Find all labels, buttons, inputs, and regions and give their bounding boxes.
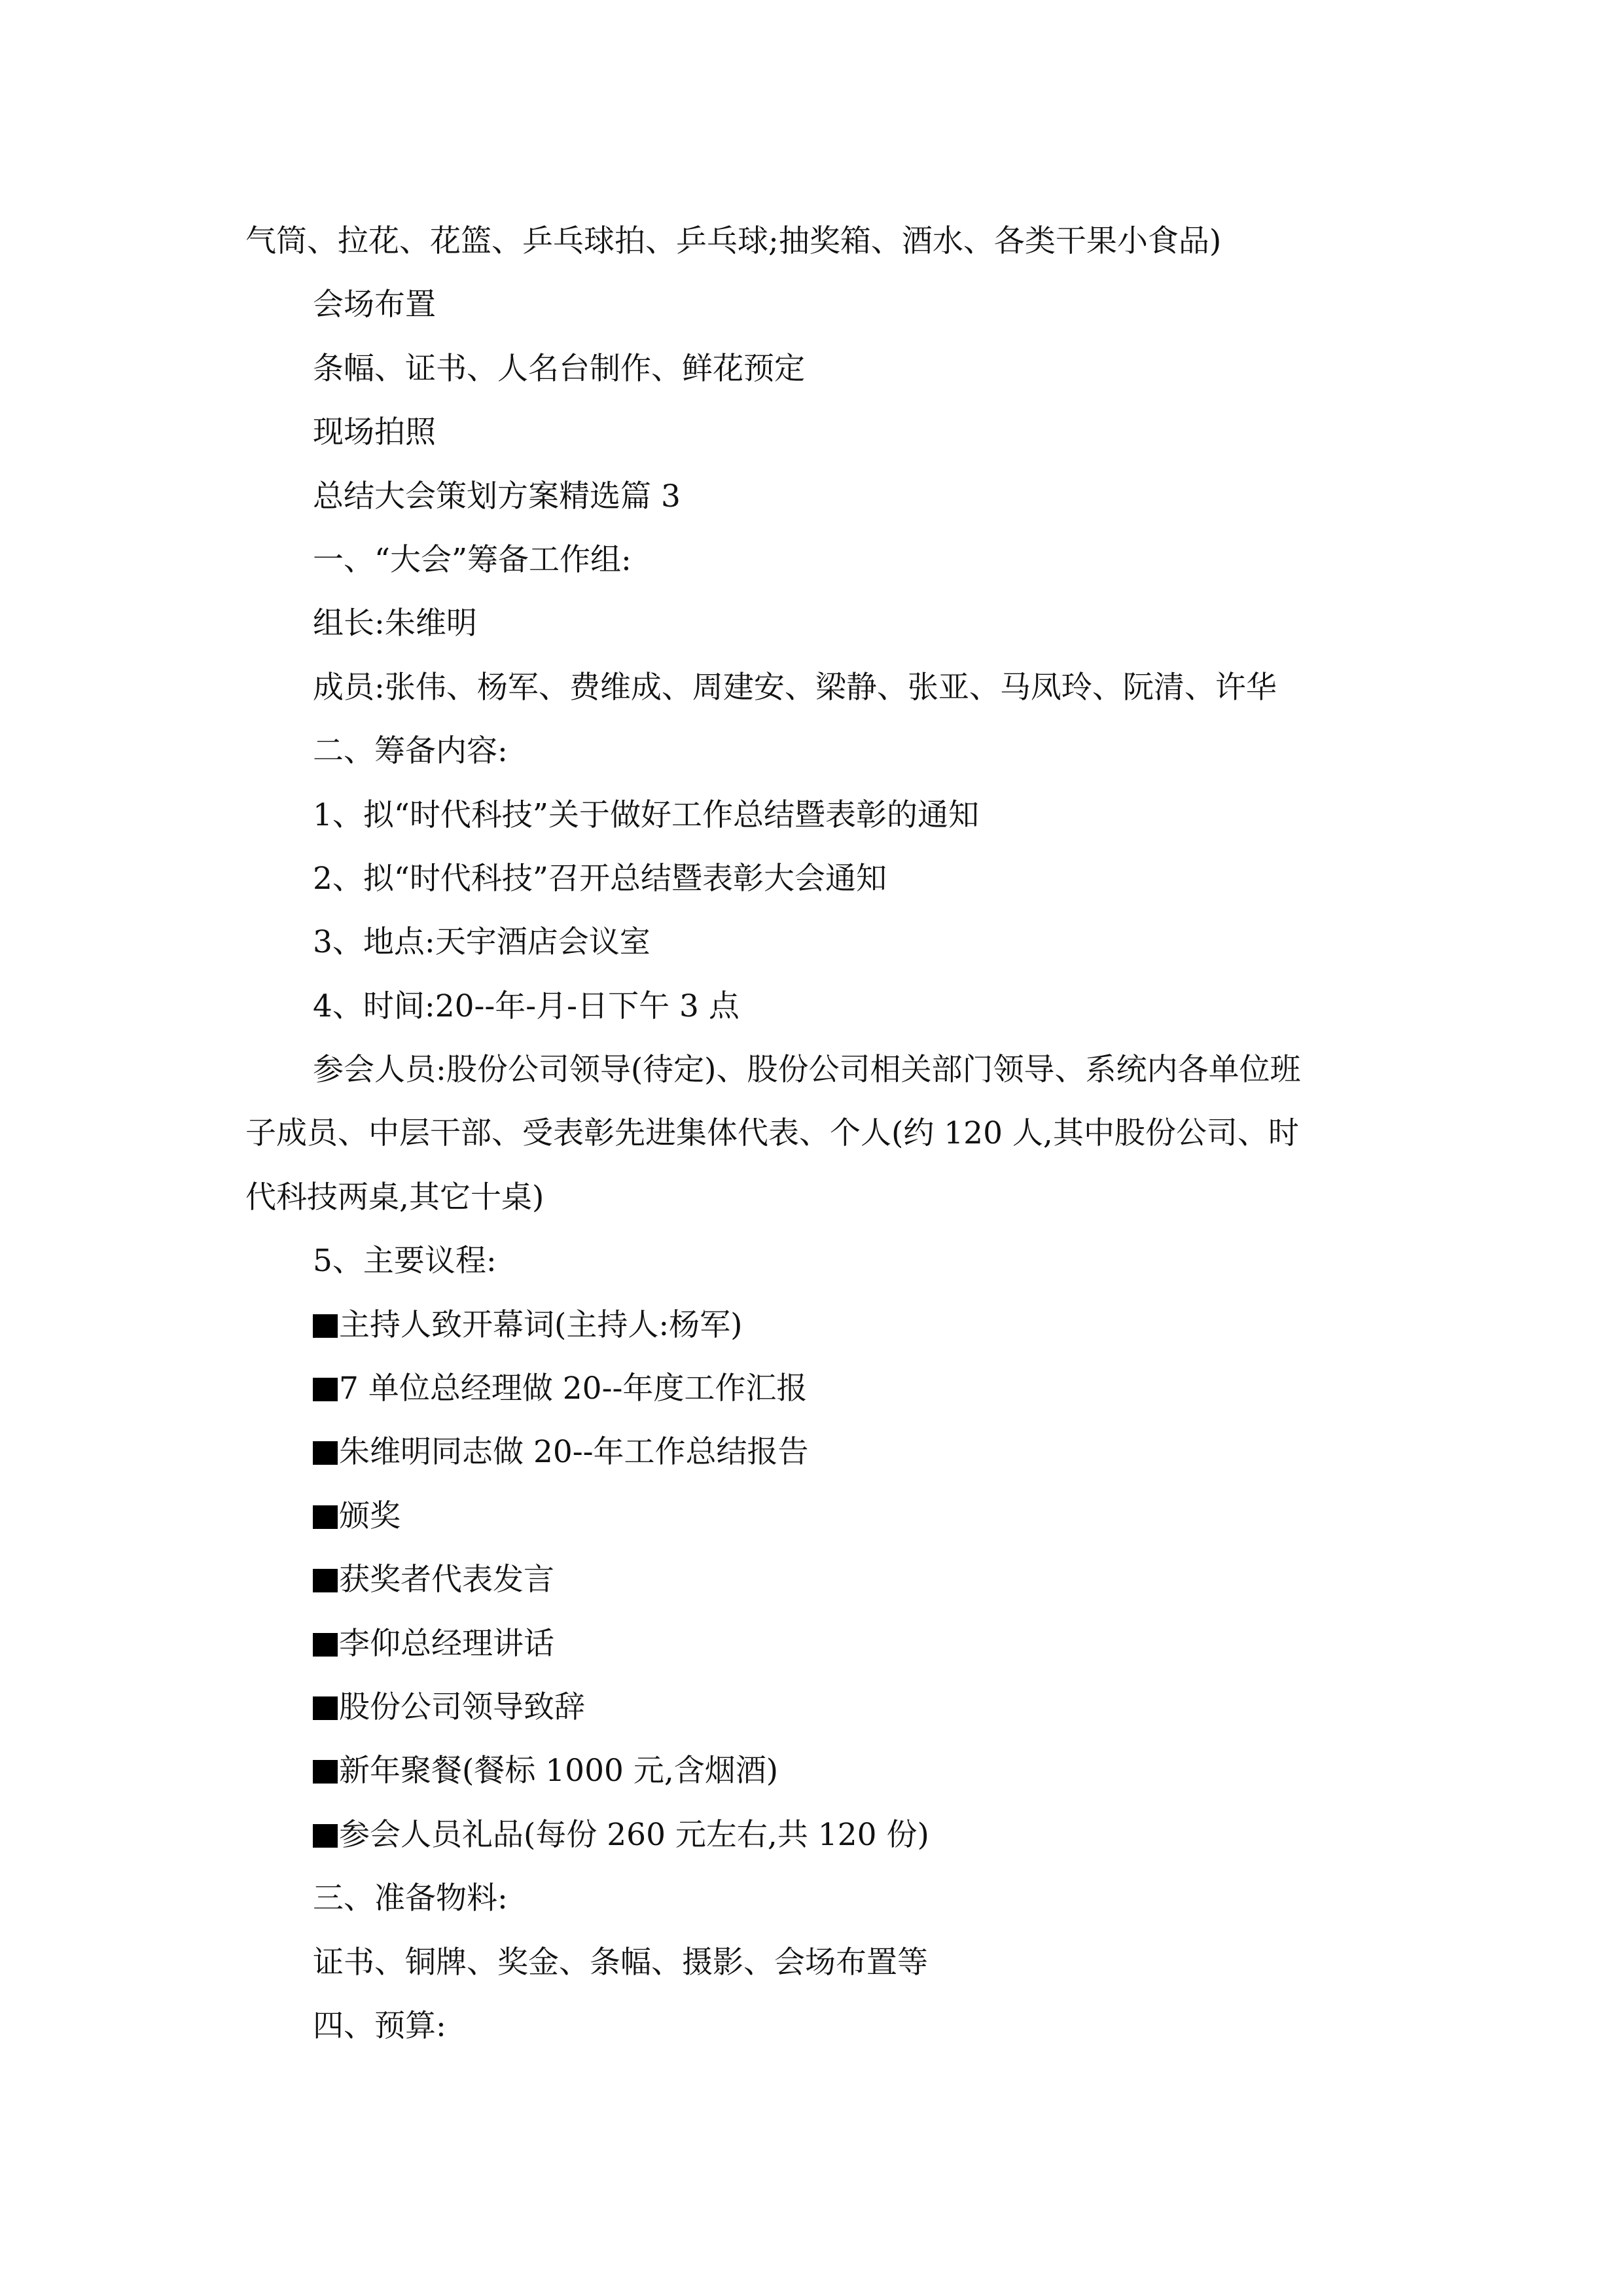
agenda-item: 李仰总经理讲话: [245, 1612, 1384, 1676]
square-bullet-icon: [313, 1505, 338, 1529]
heading-budget: 四、预算:: [245, 1994, 1384, 2058]
agenda-item: 参会人员礼品(每份 260 元左右,共 120 份): [245, 1803, 1384, 1867]
item-photography: 现场拍照: [245, 401, 1384, 464]
document-page: 气筒、拉花、花篮、乒乓球拍、乒乓球;抽奖箱、酒水、各类干果小食品) 会场布置 条…: [0, 0, 1623, 2296]
square-bullet-icon: [313, 1824, 338, 1848]
attendees-line-3: 代科技两桌,其它十桌): [245, 1166, 1384, 1229]
square-bullet-icon: [313, 1633, 338, 1657]
agenda-list: 主持人致开幕词(主持人:杨军) 7 单位总经理做 20--年度工作汇报 朱维明同…: [245, 1293, 1384, 1867]
agenda-item: 获奖者代表发言: [245, 1548, 1384, 1611]
heading-agenda: 5、主要议程:: [245, 1229, 1384, 1293]
heading-prep-team: 一、“大会”筹备工作组:: [245, 528, 1384, 592]
continuation-line-supplies: 气筒、拉花、花篮、乒乓球拍、乒乓球;抽奖箱、酒水、各类干果小食品): [245, 209, 1384, 273]
heading-prep-content: 二、筹备内容:: [245, 719, 1384, 783]
document-body: 气筒、拉花、花篮、乒乓球拍、乒乓球;抽奖箱、酒水、各类干果小食品) 会场布置 条…: [245, 209, 1384, 2058]
materials-list: 证书、铜牌、奖金、条幅、摄影、会场布置等: [245, 1931, 1384, 1994]
agenda-item: 7 单位总经理做 20--年度工作汇报: [245, 1357, 1384, 1420]
agenda-item: 颁奖: [245, 1484, 1384, 1548]
prep-item-time: 4、时间:20--年-月-日下午 3 点: [245, 975, 1384, 1038]
agenda-item: 股份公司领导致辞: [245, 1676, 1384, 1739]
square-bullet-icon: [313, 1378, 338, 1401]
section-title: 总结大会策划方案精选篇 3: [245, 465, 1384, 528]
item-venue-setup-details: 条幅、证书、人名台制作、鲜花预定: [245, 337, 1384, 401]
agenda-item: 主持人致开幕词(主持人:杨军): [245, 1293, 1384, 1357]
team-leader: 组长:朱维明: [245, 592, 1384, 655]
square-bullet-icon: [313, 1696, 338, 1720]
team-members: 成员:张伟、杨军、费维成、周建安、梁静、张亚、马凤玲、阮清、许华: [245, 656, 1384, 719]
attendees-line-2: 子成员、中层干部、受表彰先进集体代表、个人(约 120 人,其中股份公司、时: [245, 1102, 1384, 1165]
heading-materials: 三、准备物料:: [245, 1867, 1384, 1930]
item-venue-setup: 会场布置: [245, 273, 1384, 336]
prep-item-2: 2、拟“时代科技”召开总结暨表彰大会通知: [245, 847, 1384, 910]
prep-item-1: 1、拟“时代科技”关于做好工作总结暨表彰的通知: [245, 783, 1384, 847]
agenda-item: 新年聚餐(餐标 1000 元,含烟酒): [245, 1739, 1384, 1803]
prep-item-location: 3、地点:天宇酒店会议室: [245, 910, 1384, 974]
square-bullet-icon: [313, 1760, 338, 1784]
square-bullet-icon: [313, 1569, 338, 1592]
attendees-line-1: 参会人员:股份公司领导(待定)、股份公司相关部门领导、系统内各单位班: [245, 1038, 1384, 1102]
square-bullet-icon: [313, 1314, 338, 1338]
agenda-item: 朱维明同志做 20--年工作总结报告: [245, 1420, 1384, 1484]
square-bullet-icon: [313, 1441, 338, 1465]
